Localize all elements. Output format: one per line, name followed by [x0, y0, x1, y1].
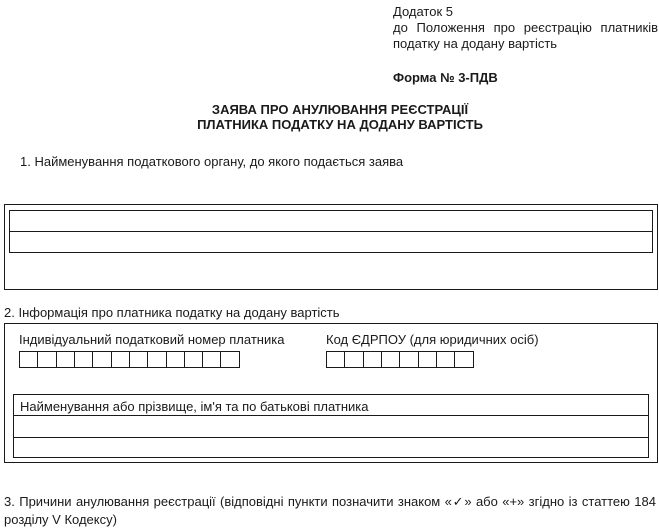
section-3-label: 3. Причини анулювання реєстрації (відпов…: [4, 493, 656, 528]
form-number: Форма № 3-ПДВ: [393, 70, 498, 85]
taxpayer-name-label: Найменування або прізвище, ім'я та по ба…: [20, 399, 368, 414]
ipn-cell[interactable]: [202, 351, 222, 368]
edrpou-cell[interactable]: [436, 351, 456, 368]
annex-number: Додаток 5: [393, 4, 658, 20]
ipn-cell[interactable]: [129, 351, 149, 368]
annex-header: Додаток 5 до Положення про реєстрацію пл…: [393, 4, 658, 52]
tax-authority-field-2[interactable]: [10, 232, 652, 252]
edrpou-cell[interactable]: [363, 351, 383, 368]
edrpou-cell[interactable]: [399, 351, 419, 368]
title-line-2: ПЛАТНИКА ПОДАТКУ НА ДОДАНУ ВАРТІСТЬ: [0, 117, 659, 132]
section-2-label: 2. Інформація про платника податку на до…: [4, 305, 340, 320]
edrpou-cell[interactable]: [454, 351, 474, 368]
annex-regulation-cont: податку на додану вартість: [393, 36, 658, 52]
ipn-cell[interactable]: [166, 351, 186, 368]
ipn-cell[interactable]: [147, 351, 167, 368]
edrpou-cell[interactable]: [344, 351, 364, 368]
edrpou-cell[interactable]: [418, 351, 438, 368]
tax-authority-field-1[interactable]: [10, 211, 652, 231]
ipn-label: Індивідуальний податковий номер платника: [19, 332, 284, 347]
edrpou-cell[interactable]: [326, 351, 346, 368]
document-title: ЗАЯВА ПРО АНУЛЮВАННЯ РЕЄСТРАЦІЇ ПЛАТНИКА…: [0, 102, 659, 132]
ipn-cell[interactable]: [184, 351, 204, 368]
taxpayer-name-field-1[interactable]: [14, 416, 648, 436]
ipn-cell[interactable]: [19, 351, 39, 368]
ipn-cell[interactable]: [92, 351, 112, 368]
edrpou-cell[interactable]: [381, 351, 401, 368]
tax-authority-fields: [9, 210, 653, 253]
ipn-cells: [19, 351, 240, 368]
ipn-cell[interactable]: [220, 351, 240, 368]
taxpayer-name-field-2[interactable]: [14, 438, 648, 457]
ipn-cell[interactable]: [111, 351, 131, 368]
edrpou-cells: [326, 351, 474, 368]
ipn-cell[interactable]: [56, 351, 76, 368]
annex-regulation: до Положення про реєстрацію платників: [393, 20, 658, 36]
title-line-1: ЗАЯВА ПРО АНУЛЮВАННЯ РЕЄСТРАЦІЇ: [0, 102, 659, 117]
ipn-cell[interactable]: [37, 351, 57, 368]
ipn-cell[interactable]: [74, 351, 94, 368]
section-1-label: 1. Найменування податкового органу, до я…: [20, 154, 403, 169]
edrpou-label: Код ЄДРПОУ (для юридичних осіб): [326, 332, 539, 347]
taxpayer-name-box: Найменування або прізвище, ім'я та по ба…: [13, 394, 649, 458]
